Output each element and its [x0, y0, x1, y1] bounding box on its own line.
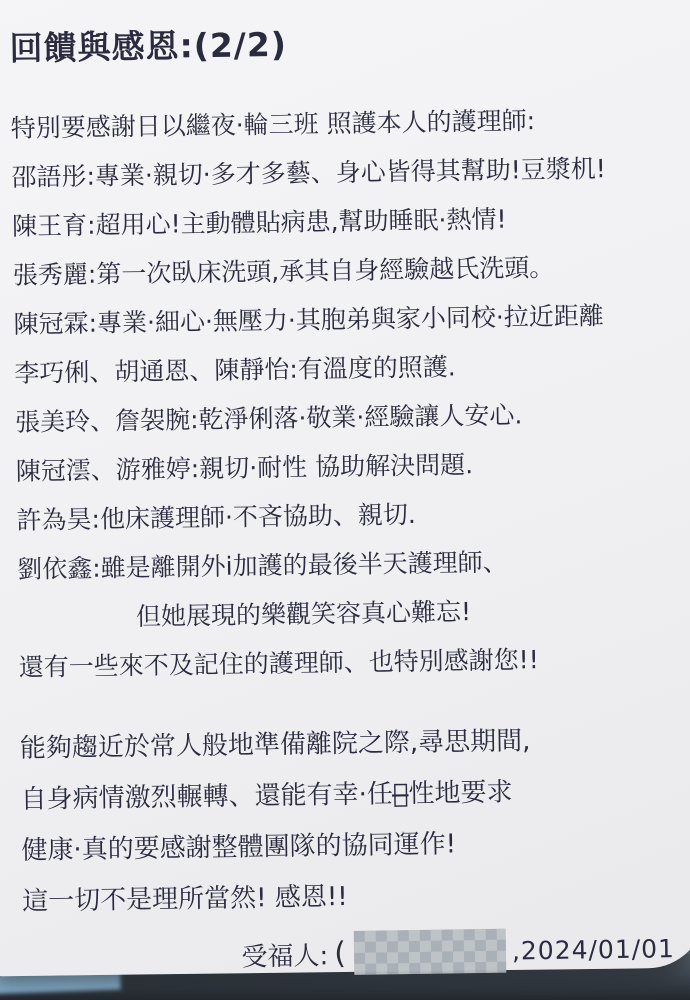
note-paper: 回饋與感恩:(2/2) 特別要感謝日以繼夜·輪三班 照護本人的護理師:邵語彤:專… [0, 0, 690, 976]
signature-date: ,2024/01/01 [512, 934, 675, 965]
closing-lines: 能夠趨近於常人般地準備離院之際,尋思期間,自身病情激烈輾轉、還能有幸·任無̶性地… [20, 714, 689, 928]
signature-label: 受福人: [241, 935, 328, 973]
note-line: 陳冠霖:專業·細心·無壓力·其胞弟與家小同校·拉近距離 [13, 290, 680, 349]
signature-paren: ( [334, 936, 346, 971]
thank-you-lines: 特別要感謝日以繼夜·輪三班 照護本人的護理師:邵語彤:專業·親切·多才多藝、身心… [10, 94, 685, 692]
note-line: 這一切不是理所當然! 感恩!! [22, 867, 689, 928]
note-line: 邵語彤:專業·親切·多才多藝、身心皆得其幫助!豆漿机! [11, 143, 678, 202]
note-content: 回饋與感恩:(2/2) 特別要感謝日以繼夜·輪三班 照護本人的護理師:邵語彤:專… [9, 13, 689, 980]
note-line: 還有一些來不及記住的護理師、也特別感謝您!! [18, 633, 685, 692]
note-title: 回饋與感恩:(2/2) [9, 13, 676, 70]
photo-of-handwritten-note: 回饋與感恩:(2/2) 特別要感謝日以繼夜·輪三班 照護本人的護理師:邵語彤:專… [0, 0, 690, 1000]
redacted-name-block [354, 929, 507, 975]
